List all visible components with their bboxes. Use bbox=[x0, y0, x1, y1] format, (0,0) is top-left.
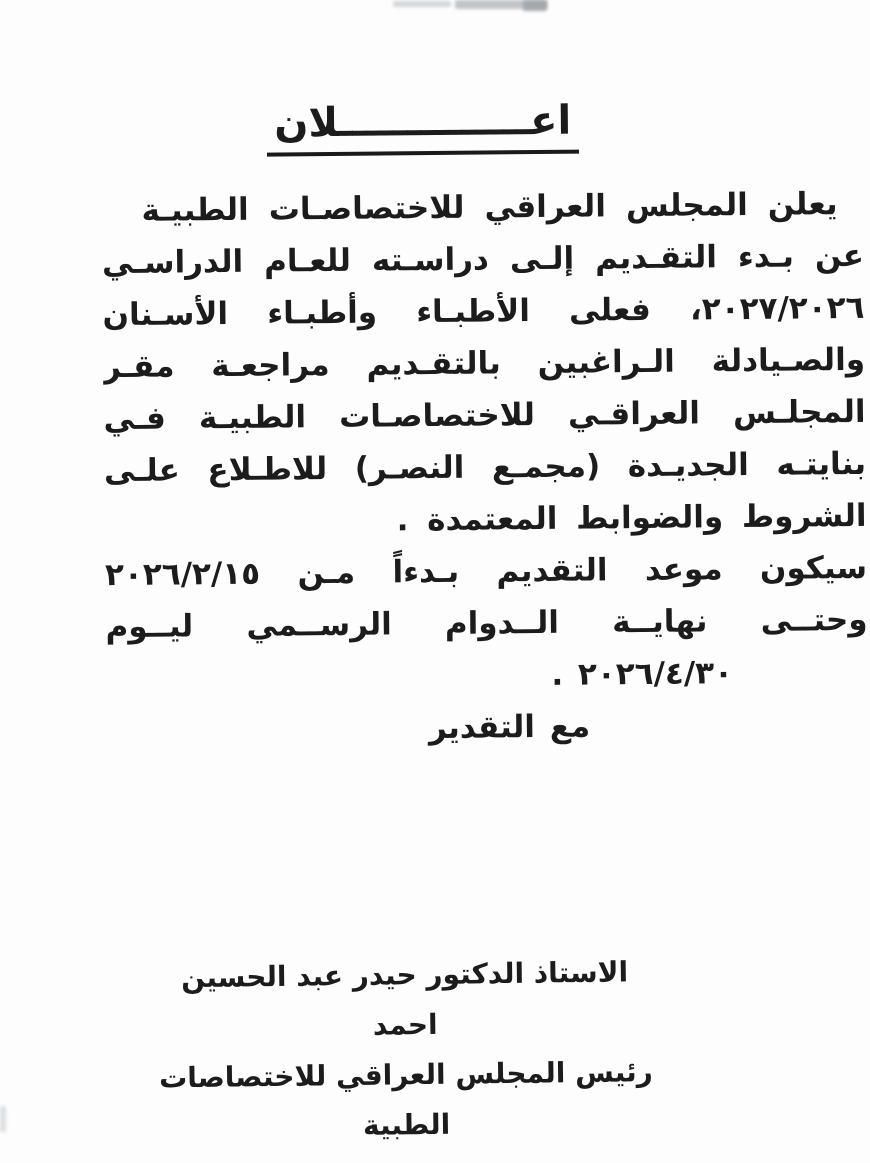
announcement-title-text: اعــــــــــــــلان bbox=[266, 97, 579, 157]
announcement-title: اعــــــــــــــلان bbox=[0, 94, 849, 159]
signature-name: الاستاذ الدكتور حيدر عبد الحسين احمد bbox=[154, 947, 655, 1054]
body-line-date: ٢٠٢٦/٤/٣٠ . bbox=[106, 646, 868, 705]
document-content: اعــــــــــــــلان يعلن المجلس العراقي … bbox=[0, 0, 870, 1163]
body-line: وحتــى نهايــة الــدوام الرســمي ليــوم bbox=[105, 594, 867, 653]
closing-phrase: مع التقدير bbox=[106, 698, 868, 757]
body-line: سيكون موعد التقديم بـدءاً مـن ٢٠٢٦/٢/١٥ bbox=[105, 542, 867, 601]
scanned-page: اعــــــــــــــلان يعلن المجلس العراقي … bbox=[0, 0, 870, 1163]
scan-smudge bbox=[0, 1106, 6, 1132]
signature-block: الاستاذ الدكتور حيدر عبد الحسين احمد رئي… bbox=[154, 947, 657, 1154]
body-line: يعلن المجلس العراقي للاختصاصـات الطبيـة bbox=[101, 178, 863, 237]
body-line: المجلـس العراقـي للاختصاصـات الطبيـة فـي bbox=[103, 386, 865, 445]
body-line: والصـيادلة الـراغبين بالتقـديم مراجعـة م… bbox=[103, 334, 865, 393]
announcement-body: يعلن المجلس العراقي للاختصاصـات الطبيـة … bbox=[101, 178, 868, 757]
signature-role: رئيس المجلس العراقي للاختصاصات الطبية bbox=[156, 1047, 657, 1154]
body-line: ٢٠٢٧/٢٠٢٦، فعلى الأطبـاء وأطبـاء الأسـنا… bbox=[102, 282, 864, 341]
body-line: عن بـدء التقـديم إلـى دراسـته للعـام الد… bbox=[102, 230, 864, 289]
body-line: الشروط والضوابط المعتمدة . bbox=[104, 490, 866, 549]
body-line: بنايتـه الجديـدة (مجمـع النصـر) للاطـلاع… bbox=[104, 438, 866, 497]
